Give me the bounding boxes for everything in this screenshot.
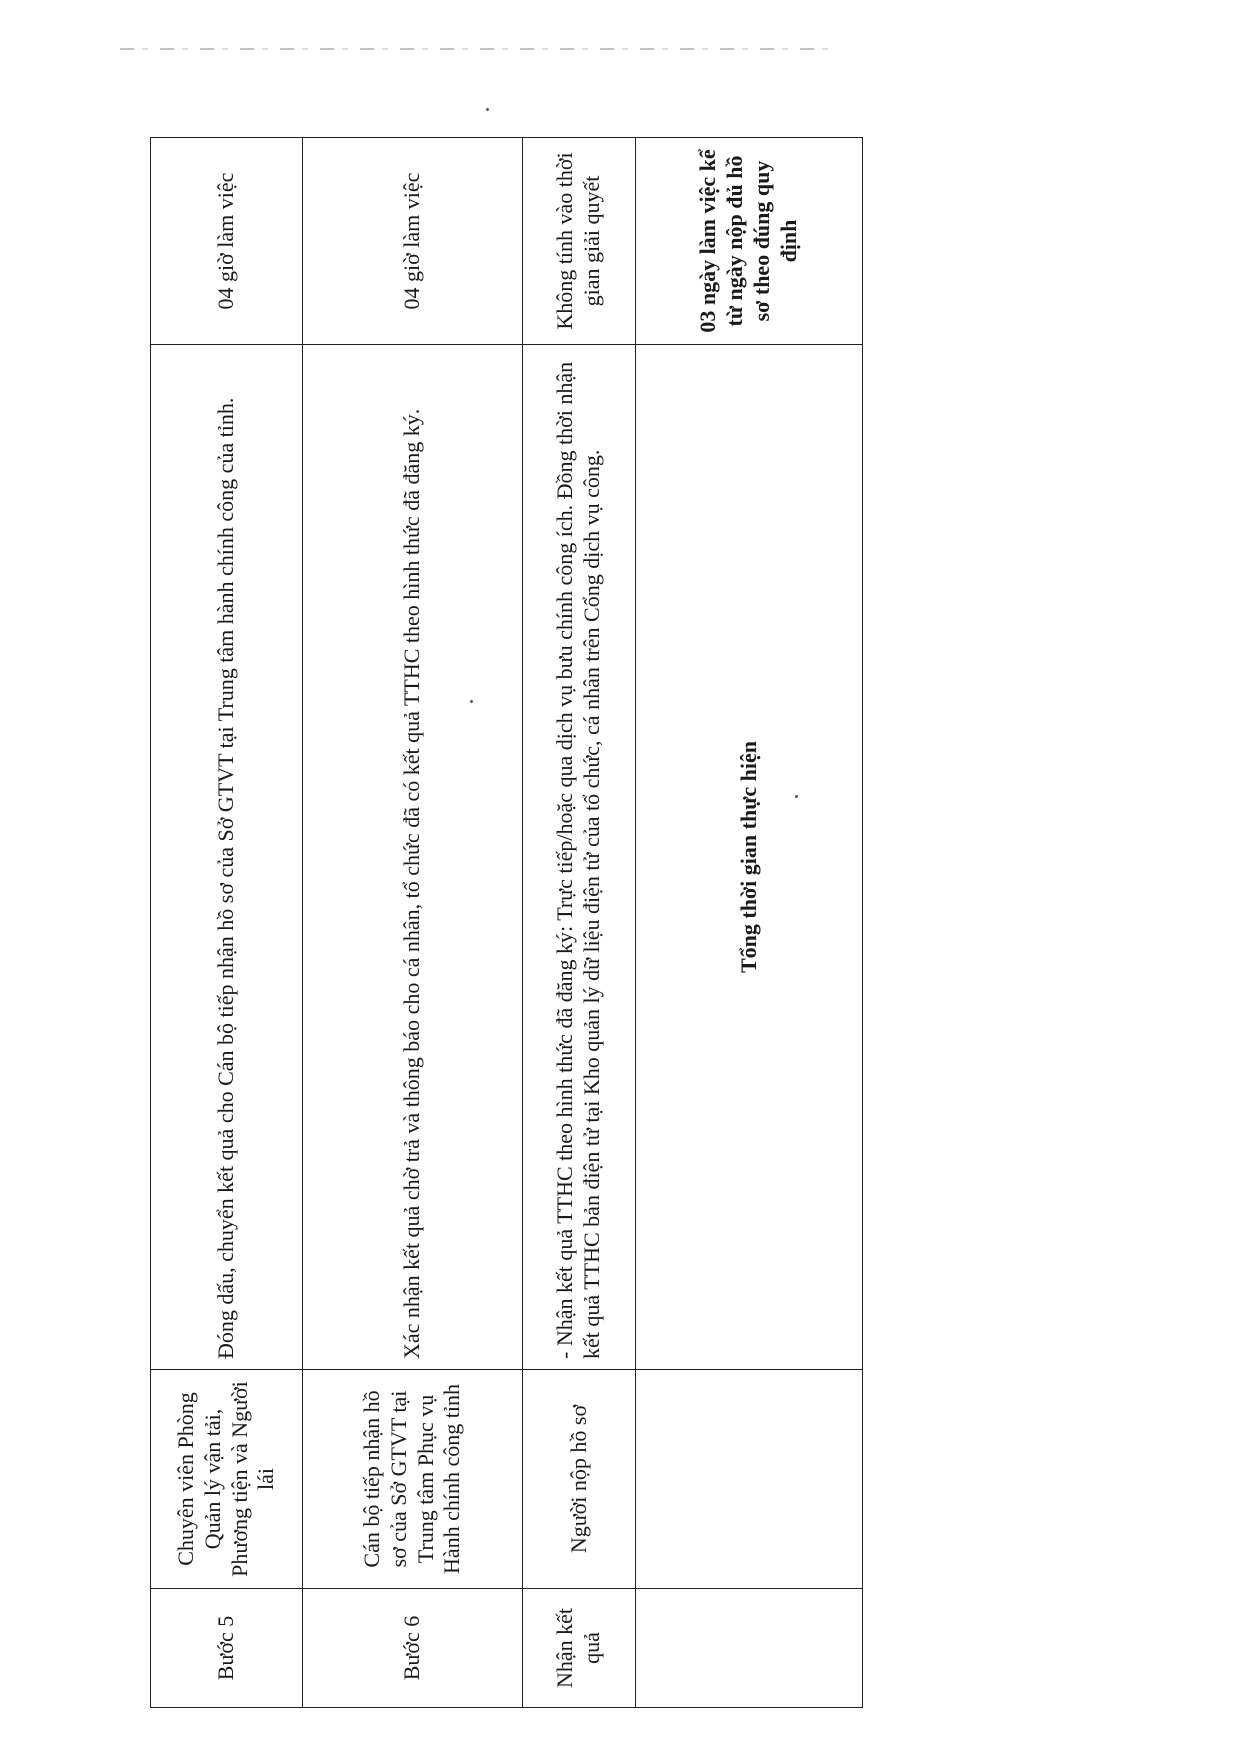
total-label: Tổng thời gian thực hiện [636, 345, 863, 1370]
actor-cell: Cán bộ tiếp nhận hồ sơ của Sở GTVT tại T… [303, 1370, 523, 1589]
empty-cell [636, 1370, 863, 1589]
step-label: Nhận kết quả [523, 1589, 636, 1708]
table-row: Bước 6 Cán bộ tiếp nhận hồ sơ của Sở GTV… [303, 138, 523, 1708]
table-row: Nhận kết quả Người nộp hồ sơ - Nhận kết … [523, 138, 636, 1708]
scan-speck [486, 108, 489, 111]
scan-artifact-line [120, 48, 840, 50]
total-row: Tổng thời gian thực hiện 03 ngày làm việ… [636, 138, 863, 1708]
total-time: 03 ngày làm việc kể từ ngày nộp đủ hồ sơ… [636, 138, 863, 345]
table-row: Bước 5 Chuyên viên Phòng Quản lý vận tải… [151, 138, 303, 1708]
step-label: Bước 6 [303, 1589, 523, 1708]
actor-cell: Người nộp hồ sơ [523, 1370, 636, 1589]
empty-cell [636, 1589, 863, 1708]
rotated-table-container: Bước 5 Chuyên viên Phòng Quản lý vận tải… [150, 137, 862, 1708]
description-cell: Đóng dấu, chuyển kết quả cho Cán bộ tiếp… [151, 345, 303, 1370]
actor-cell: Chuyên viên Phòng Quản lý vận tải, Phươn… [151, 1370, 303, 1589]
description-cell: Xác nhận kết quả chờ trả và thông báo ch… [303, 345, 523, 1370]
step-label: Bước 5 [151, 1589, 303, 1708]
description-cell: - Nhận kết quả TTHC theo hình thức đã đă… [523, 345, 636, 1370]
time-cell: 04 giờ làm việc [151, 138, 303, 345]
time-cell: 04 giờ làm việc [303, 138, 523, 345]
time-cell: Không tính vào thời gian giải quyết [523, 138, 636, 345]
procedure-steps-table: Bước 5 Chuyên viên Phòng Quản lý vận tải… [150, 137, 863, 1708]
